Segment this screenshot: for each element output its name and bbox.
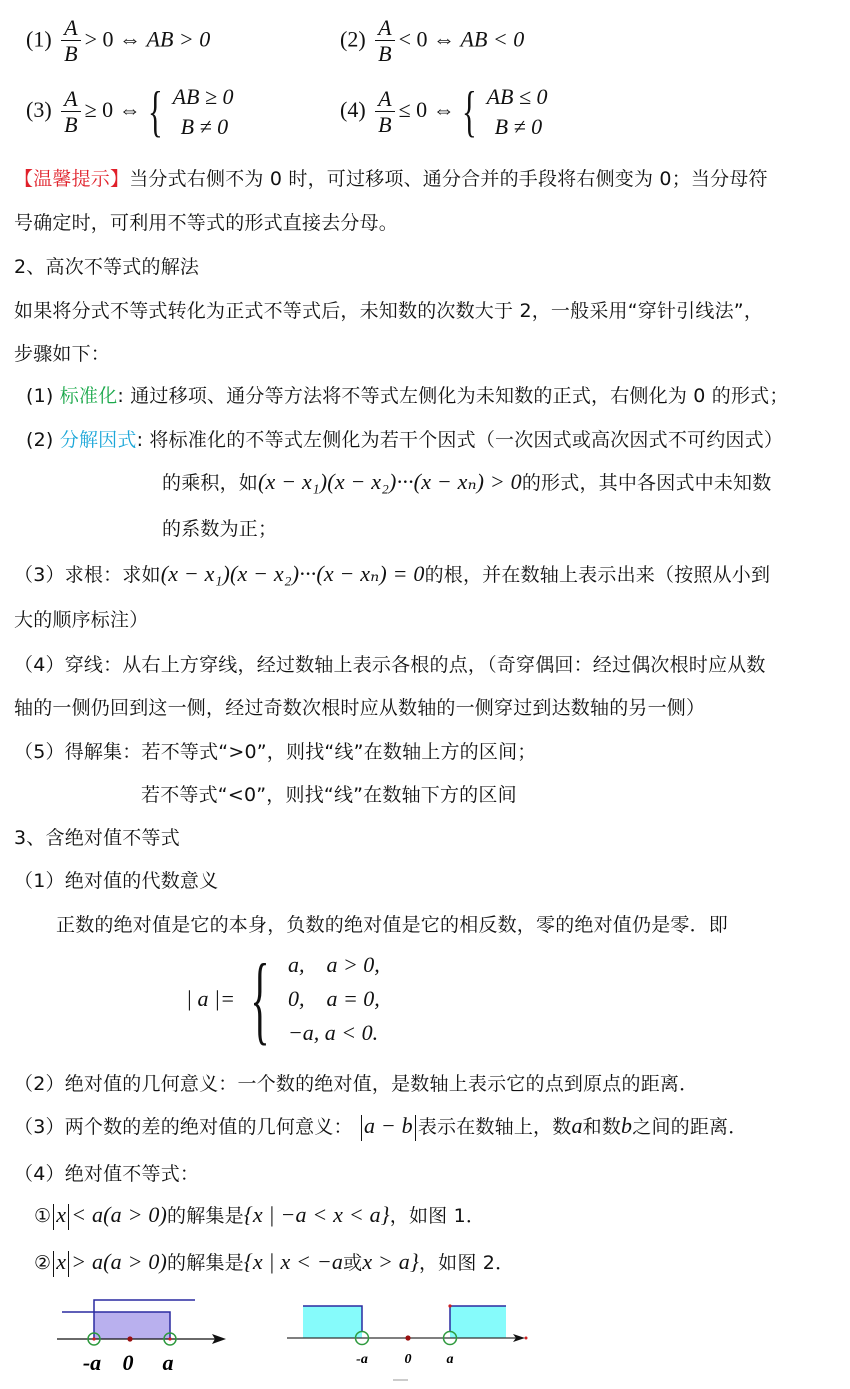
abs-bar	[53, 1204, 54, 1230]
rule-text: 或	[343, 1252, 362, 1274]
item-text: 表示在数轴上，数	[418, 1116, 572, 1138]
fraction: AB	[375, 16, 394, 67]
tip-text: 当分式右侧不为 0 时，可过移项、通分合并的手段将右侧变为 0；当分母符	[129, 168, 768, 190]
section-2-intro-cont: 步骤如下：	[14, 339, 110, 366]
tip-line-2: 号确定时，可利用不等式的形式直接去分母。	[14, 208, 398, 235]
item-title: 绝对值不等式：	[65, 1163, 199, 1185]
marker-dot	[525, 1337, 528, 1340]
abs-value-definition: 正数的绝对值是它的本身，负数的绝对值是它的相反数，零的绝对值仍是零．即	[56, 910, 728, 937]
step-text: 穿线：从右上方穿线，经过数轴上表示各根的点，（奇穿偶回：经过偶次根时应从数	[65, 654, 766, 676]
rule-label: (3)	[26, 97, 52, 122]
solution-set: {x | x < −a	[244, 1249, 343, 1274]
item-text: 两个数的差的绝对值的几何意义：	[65, 1116, 353, 1138]
item-num: （1）	[14, 870, 65, 892]
equiv-arrow-icon: ⇔	[433, 27, 455, 52]
var-b: b	[621, 1113, 632, 1138]
equiv-arrow-icon: ⇔	[433, 97, 455, 122]
label-neg-a: -a	[83, 1350, 101, 1375]
item-3: （3）两个数的差的绝对值的几何意义： a − b表示在数轴上，数a和数b之间的距…	[14, 1112, 747, 1141]
fraction: AB	[61, 16, 80, 67]
item-num: （4）	[14, 1163, 65, 1185]
denominator: B	[378, 41, 391, 67]
case-line: 0, a = 0,	[288, 982, 380, 1016]
denominator: B	[378, 112, 391, 138]
left-brace-icon: {	[251, 949, 270, 1049]
numerator: A	[375, 87, 394, 112]
step-key-green: 标准化	[60, 385, 118, 407]
numerator: A	[375, 16, 394, 41]
step-text: 的乘积，如	[162, 472, 258, 494]
case-line: B ≠ 0	[173, 112, 234, 142]
open-point	[356, 1332, 369, 1345]
rule-label: (4)	[340, 97, 366, 122]
denominator: B	[64, 41, 77, 67]
case-line: B ≠ 0	[487, 112, 548, 142]
step-3: （3）求根：求如(x − x₁)(x − x₂)···(x − xₙ) = 0的…	[14, 560, 770, 587]
rule-label: (2)	[340, 27, 366, 52]
label-a: a	[163, 1350, 174, 1375]
step-text: 求根：求如	[65, 564, 161, 586]
relation: ≥ 0	[85, 97, 114, 122]
origin-dot	[405, 1335, 410, 1340]
solution-region	[94, 1312, 170, 1339]
solution-region-right	[450, 1306, 506, 1338]
step-num: (1)	[26, 385, 54, 407]
cases: AB ≤ 0B ≠ 0	[487, 82, 548, 142]
result: AB > 0	[147, 27, 211, 52]
rule-1: (1) AB> 0 ⇔ AB > 0	[26, 16, 210, 67]
label-zero: 0	[405, 1352, 412, 1367]
step-num: (2)	[26, 429, 54, 451]
step-text: 得解集：若不等式“>0”，则找“线”在数轴上方的区间；	[65, 741, 537, 763]
origin-dot	[127, 1336, 132, 1341]
circled-number: ①	[34, 1205, 51, 1227]
label-neg-a: -a	[356, 1352, 368, 1367]
step-5: （5）得解集：若不等式“>0”，则找“线”在数轴上方的区间；	[14, 737, 537, 764]
item-text: 绝对值的几何意义：一个数的绝对值，是数轴上表示它的点到原点的距离．	[65, 1073, 699, 1095]
product-expression: (x − x₁)(x − x₂)···(x − xₙ) > 0	[258, 469, 522, 494]
item-title: 绝对值的代数意义	[65, 870, 219, 892]
cases: AB ≥ 0B ≠ 0	[173, 82, 234, 142]
left-brace-icon: {	[462, 84, 477, 140]
step-text: : 将标准化的不等式左侧化为若干个因式（一次因式或高次因式不可约因式）	[137, 429, 783, 451]
numerator: A	[61, 16, 80, 41]
piecewise-lhs: | a |=	[186, 986, 235, 1011]
numerator: A	[61, 87, 80, 112]
item-2: （2）绝对值的几何意义：一个数的绝对值，是数轴上表示它的点到原点的距离．	[14, 1069, 698, 1096]
tip-line-1: 【温馨提示】当分式右侧不为 0 时，可过移项、通分合并的手段将右侧变为 0；当分…	[14, 164, 768, 191]
item-num: （2）	[14, 1073, 65, 1095]
abs-value-piecewise: | a |= { a, a > 0, 0, a = 0, −a, a < 0.	[186, 948, 380, 1050]
circled-number: ②	[34, 1252, 51, 1274]
item-4-title: （4）绝对值不等式：	[14, 1159, 199, 1186]
left-brace-icon: {	[148, 84, 163, 140]
step-num: （3）	[14, 564, 65, 586]
solution-set: x > a}	[362, 1249, 419, 1274]
abs-bar	[53, 1251, 54, 1277]
step-5-cont: 若不等式“<0”，则找“线”在数轴下方的区间	[141, 780, 517, 807]
difference-expression: a − b	[364, 1113, 413, 1138]
item-1-title: （1）绝对值的代数意义	[14, 866, 218, 893]
var-x: x	[56, 1202, 66, 1227]
cases: a, a > 0, 0, a = 0, −a, a < 0.	[288, 948, 380, 1050]
step-3-cont: 大的顺序标注）	[14, 605, 148, 632]
step-2-cont: 的乘积，如(x − x₁)(x − x₂)···(x − xₙ) > 0的形式，…	[162, 468, 771, 495]
rule-4: (4) AB≤ 0 ⇔ { AB ≤ 0B ≠ 0	[340, 82, 548, 142]
relation: < 0	[399, 27, 428, 52]
step-text: 的形式，其中各因式中未知数	[522, 472, 772, 494]
step-text: : 通过移项、通分等方法将不等式左侧化为未知数的正式，右侧化为 0 的形式；	[117, 385, 788, 407]
inequality: < a(a > 0)	[71, 1202, 167, 1227]
marker-dot	[448, 1304, 451, 1307]
rule-label: (1)	[26, 27, 52, 52]
item-text: 之间的距离．	[632, 1116, 747, 1138]
section-3-title: 3、含绝对值不等式	[14, 823, 180, 850]
abs-bar	[361, 1115, 362, 1141]
step-text: 的根，并在数轴上表示出来（按照从小到	[425, 564, 771, 586]
case-line: −a, a < 0.	[288, 1016, 380, 1050]
fraction: AB	[61, 87, 80, 138]
equiv-arrow-icon: ⇔	[119, 27, 141, 52]
case-line: AB ≤ 0	[487, 82, 548, 112]
rule-text: ，如图 1．	[390, 1205, 485, 1227]
solution-region-left	[303, 1306, 362, 1338]
rule-3: (3) AB≥ 0 ⇔ { AB ≥ 0B ≠ 0	[26, 82, 234, 142]
root-dot	[168, 1337, 171, 1340]
rule-2: (2) AB< 0 ⇔ AB < 0	[340, 16, 524, 67]
abs-bar	[68, 1251, 69, 1277]
step-num: （5）	[14, 741, 65, 763]
step-2-cont-2: 的系数为正；	[162, 514, 277, 541]
rule-text: 的解集是	[167, 1252, 244, 1274]
section-2-title: 2、高次不等式的解法	[14, 252, 199, 279]
figure-1-number-line: -a 0 a	[0, 1280, 280, 1389]
relation: ≤ 0	[399, 97, 428, 122]
abs-bar	[68, 1204, 69, 1230]
fraction: AB	[375, 87, 394, 138]
inequality: > a(a > 0)	[71, 1249, 167, 1274]
figure-2-number-line: -a 0 a	[280, 1280, 560, 1389]
step-4-cont: 轴的一侧仍回到这一侧，经过奇数次根时应从数轴的一侧穿过到达数轴的另一侧）	[14, 693, 705, 720]
item-num: （3）	[14, 1116, 65, 1138]
section-2-intro: 如果将分式不等式转化为正式不等式后，未知数的次数大于 2，一般采用“穿针引线法”…	[14, 296, 763, 323]
var-x: x	[56, 1249, 66, 1274]
open-point	[444, 1332, 457, 1345]
product-expression: (x − x₁)(x − x₂)···(x − xₙ) = 0	[161, 561, 425, 586]
abs-rule-2: ②x> a(a > 0)的解集是{x | x < −a或x > a}，如图 2．	[34, 1248, 514, 1277]
step-2: (2) 分解因式: 将标准化的不等式左侧化为若干个因式（一次因式或高次因式不可约…	[26, 425, 783, 452]
step-key-cyan: 分解因式	[60, 429, 137, 451]
item-text: 和数	[583, 1116, 621, 1138]
step-num: （4）	[14, 654, 65, 676]
tip-label: 【温馨提示】	[14, 168, 129, 190]
equiv-arrow-icon: ⇔	[119, 97, 141, 122]
relation: > 0	[85, 27, 114, 52]
result: AB < 0	[461, 27, 525, 52]
label-zero: 0	[123, 1350, 134, 1375]
denominator: B	[64, 112, 77, 138]
step-4: （4）穿线：从右上方穿线，经过数轴上表示各根的点，（奇穿偶回：经过偶次根时应从数	[14, 650, 766, 677]
rule-text: 的解集是	[167, 1205, 244, 1227]
root-dot	[92, 1337, 95, 1340]
step-1: (1) 标准化: 通过移项、通分等方法将不等式左侧化为未知数的正式，右侧化为 0…	[26, 381, 789, 408]
case-line: a, a > 0,	[288, 948, 380, 982]
solution-set: {x | −a < x < a}	[244, 1202, 390, 1227]
rule-text: ，如图 2．	[419, 1252, 514, 1274]
abs-bar	[415, 1115, 416, 1141]
var-a: a	[571, 1113, 582, 1138]
case-line: AB ≥ 0	[173, 82, 234, 112]
label-a: a	[447, 1352, 454, 1367]
abs-rule-1: ①x< a(a > 0)的解集是{x | −a < x < a}，如图 1．	[34, 1201, 485, 1230]
